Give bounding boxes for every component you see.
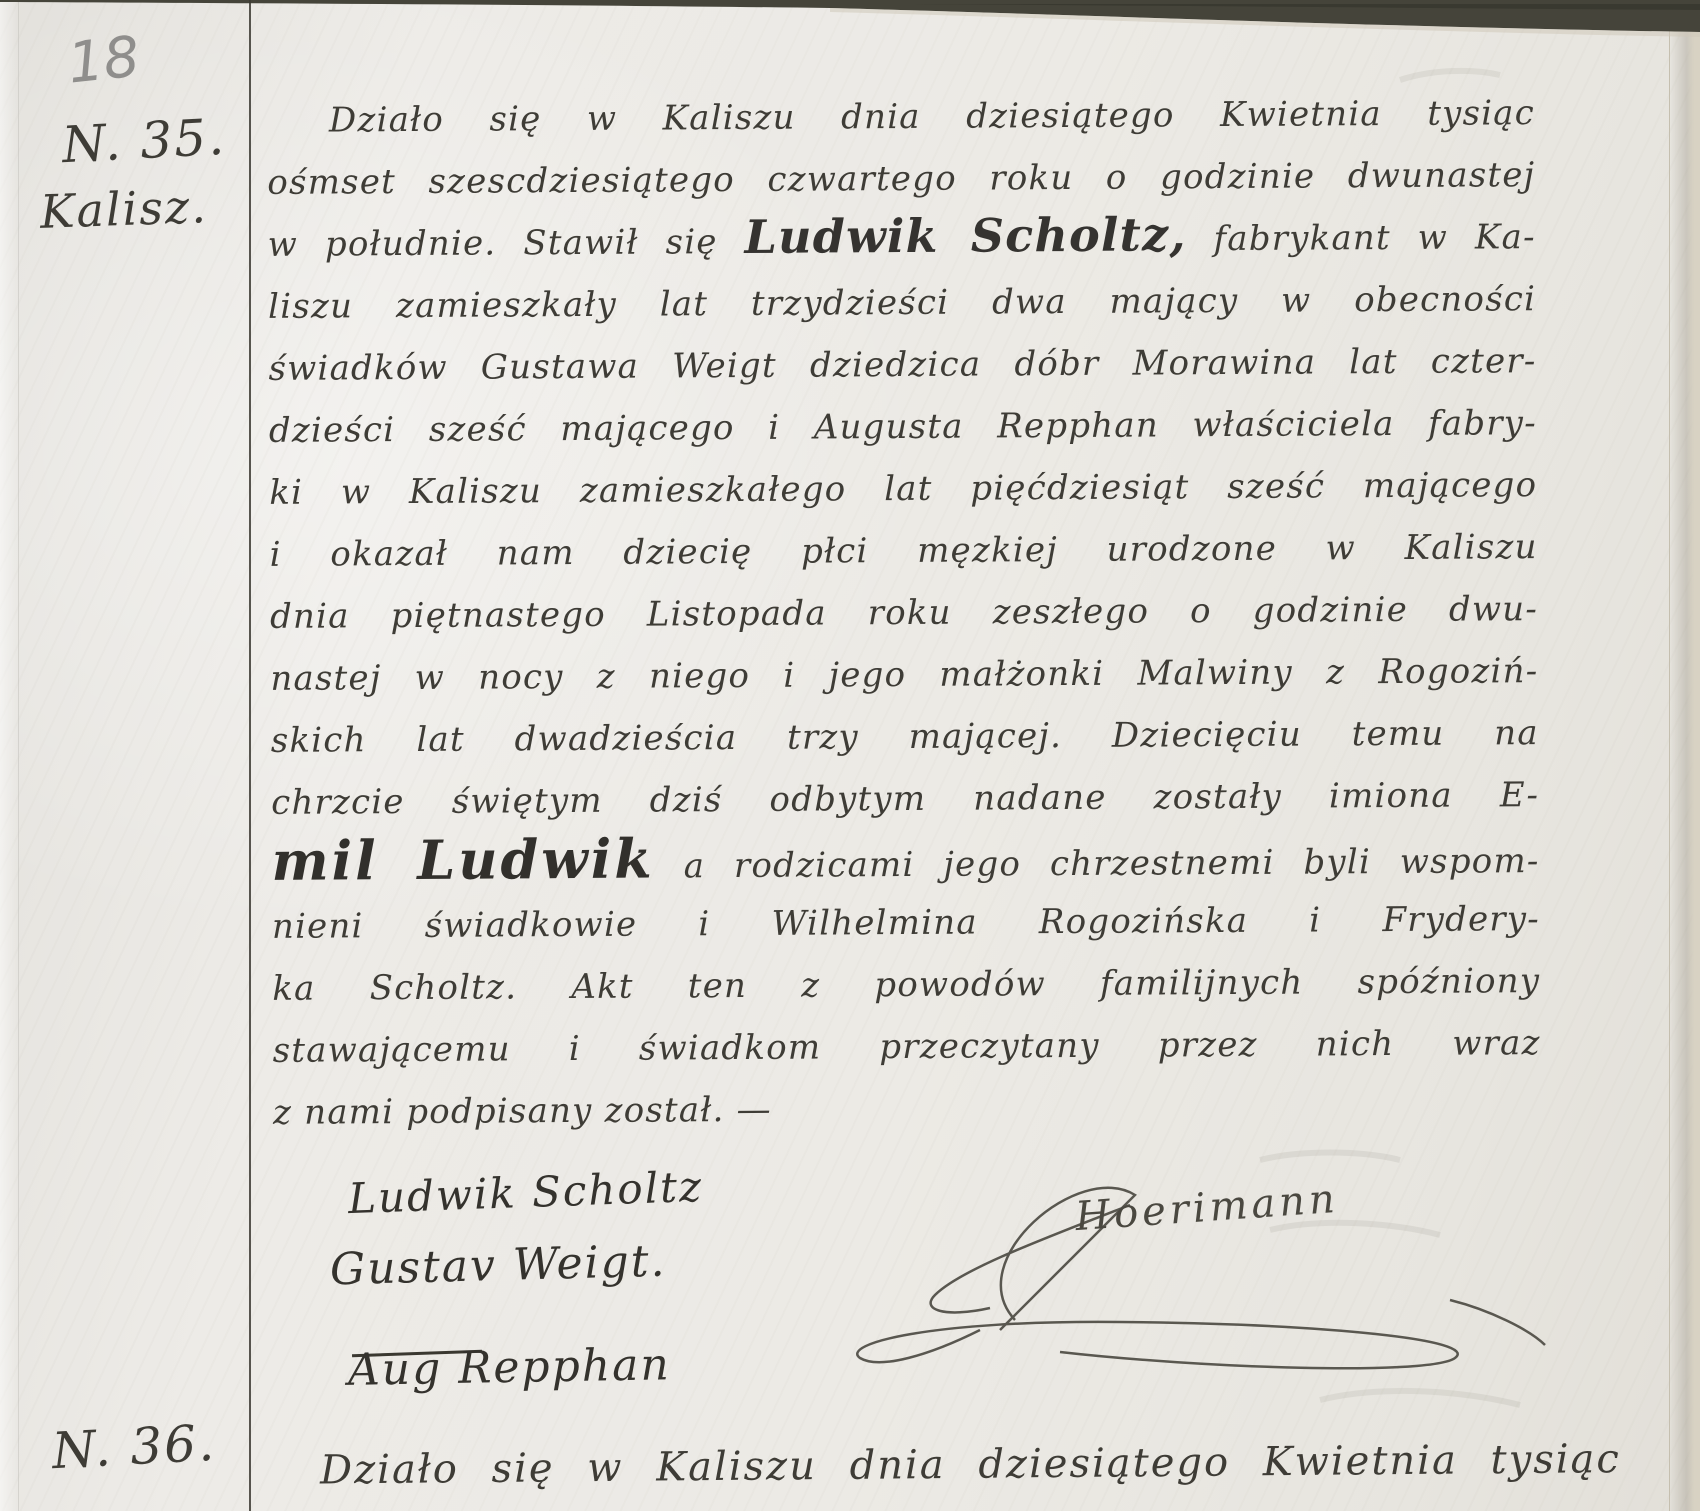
record-place-kalisz: Kalisz. xyxy=(39,179,208,239)
record-line: ki w Kaliszu zamieszkałego lat pięćdzies… xyxy=(269,454,1537,524)
page-edge-left xyxy=(0,0,19,1511)
record-number-35: N. 35. xyxy=(61,108,228,174)
record-35-body: Działo się w Kaliszu dnia dziesiątego Kw… xyxy=(267,82,1541,1144)
line-text: fabrykant w Ka- xyxy=(1213,217,1535,259)
record-line: dnia piętnastego Listopada roku zeszłego… xyxy=(270,578,1538,648)
record-line: dzieści sześć mającego i Augusta Repphan… xyxy=(269,392,1537,462)
pencil-page-number: 18 xyxy=(65,24,143,96)
declarant-name: Ludwik Scholtz, xyxy=(744,207,1186,264)
record-line: Działo się w Kaliszu dnia dziesiątego Kw… xyxy=(267,82,1535,152)
line-text: w południe. Stawił się xyxy=(268,222,718,265)
record-line: liszu zamieszkały lat trzydzieści dwa ma… xyxy=(268,268,1536,338)
record-line: ka Scholtz. Akt ten z powodów familijnyc… xyxy=(272,950,1540,1020)
record-line: z nami podpisany został. — xyxy=(273,1074,1541,1144)
record-line: ośmset szescdziesiątego czwartego roku o… xyxy=(267,144,1535,214)
record-line: chrzcie świętym dziś odbytym nadane zost… xyxy=(271,764,1539,834)
signature-gustav-weigt: Gustav Weigt. xyxy=(329,1236,667,1296)
record-line: i okazał nam dziecię płci męzkiej urodzo… xyxy=(269,516,1537,586)
record-number-36: N. 36. xyxy=(51,1414,218,1480)
record-line: nastej w nocy z niego i jego małżonki Ma… xyxy=(270,640,1538,710)
page-edge-right xyxy=(1669,0,1700,1511)
record-line: skich lat dwadzieścia trzy mającej. Dzie… xyxy=(271,702,1539,772)
record-line: stawającemu i świadkom przeczytany przez… xyxy=(272,1012,1540,1082)
record-line: świadków Gustawa Weigt dziedzica dóbr Mo… xyxy=(268,330,1536,400)
child-name: mil Ludwik xyxy=(271,827,655,893)
record-line: w południe. Stawił się Ludwik Scholtz, f… xyxy=(268,206,1536,276)
record-line: mil Ludwik a rodzicami jego chrzestnemi … xyxy=(271,826,1539,896)
record-line: nieni świadkowie i Wilhelmina Rogozińska… xyxy=(272,888,1540,958)
line-text: a rodzicami jego chrzestnemi byli wspom- xyxy=(684,841,1540,886)
signature-aug-repphan: Aug Repphan xyxy=(348,1339,672,1396)
margin-rule xyxy=(249,0,251,1511)
